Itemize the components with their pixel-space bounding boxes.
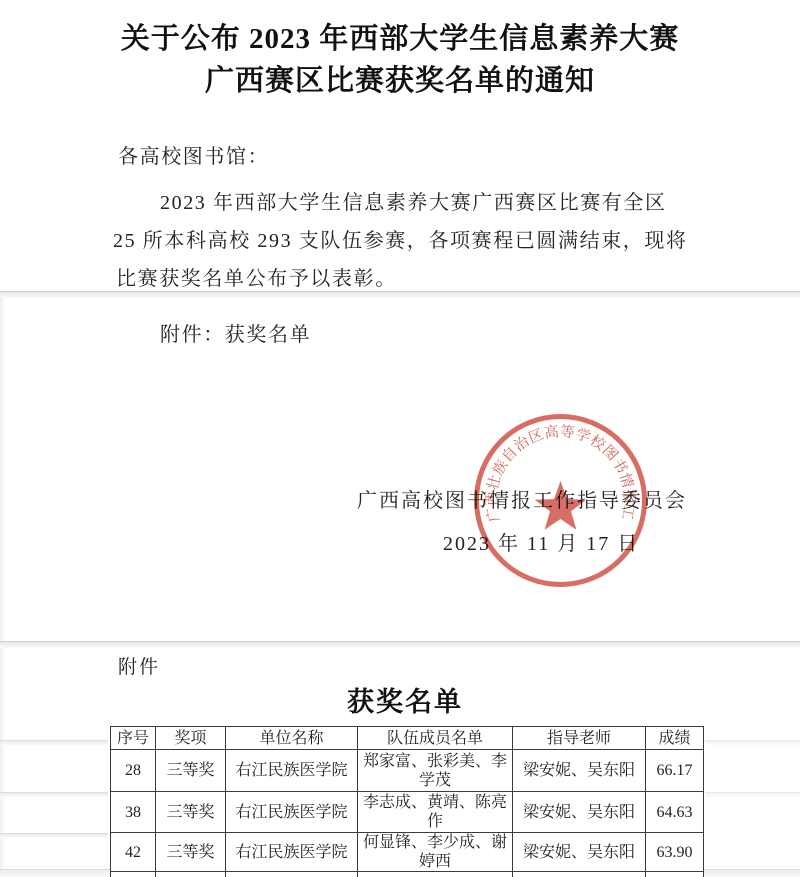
cell-members: 李志成、黄靖、陈亮作 bbox=[358, 792, 513, 833]
cell-score: 64.63 bbox=[646, 792, 704, 833]
scan-strip-left-1 bbox=[0, 740, 108, 745]
cell-score: 66.17 bbox=[646, 750, 704, 792]
cell-no: 28 bbox=[111, 750, 156, 792]
notice-title-line2: 广西赛区比赛获奖名单的通知 bbox=[0, 58, 800, 99]
scan-strip-bottom-right bbox=[703, 869, 800, 877]
body-line-3: 比赛获奖名单公布予以表彰。 bbox=[116, 262, 397, 291]
scan-strip-right-1 bbox=[705, 740, 800, 745]
scan-strip-bottom-left bbox=[0, 869, 110, 877]
table-row: 38 三等奖 右江民族医学院 李志成、黄靖、陈亮作 梁安妮、吴东阳 64.63 bbox=[111, 792, 704, 833]
cell-no: 42 bbox=[111, 833, 156, 872]
scan-strip-left-3 bbox=[0, 833, 108, 838]
scan-strip-left-2 bbox=[0, 792, 108, 797]
table-row: 28 三等奖 右江民族医学院 郑家富、张彩美、李学茂 梁安妮、吴东阳 66.17 bbox=[111, 750, 704, 792]
notice-title-line1: 关于公布 2023 年西部大学生信息素养大赛 bbox=[0, 16, 800, 57]
col-header-no: 序号 bbox=[111, 727, 156, 750]
col-header-score: 成绩 bbox=[646, 727, 704, 750]
official-seal: 广西壮族自治区高等学校图书情报工作委员会 bbox=[468, 408, 653, 593]
col-header-members: 队伍成员名单 bbox=[358, 727, 513, 750]
cell-award: 三等奖 bbox=[156, 833, 226, 872]
cell-unit: 右江民族医学院 bbox=[226, 750, 358, 792]
cell-teachers: 梁安妮、吴东阳 bbox=[513, 792, 646, 833]
attachment-label: 附件 bbox=[118, 652, 160, 679]
salutation: 各高校图书馆： bbox=[118, 140, 269, 169]
page-seam-1 bbox=[0, 291, 800, 298]
cell-members: 郑家富、张彩美、李学茂 bbox=[358, 750, 513, 792]
cell-teachers: 梁安妮、吴东阳 bbox=[513, 750, 646, 792]
col-header-teachers: 指导老师 bbox=[513, 727, 646, 750]
body-line-2: 25 所本科高校 293 支队伍参赛，各项赛程已圆满结束，现将 bbox=[113, 224, 688, 253]
attachment-title: 获奖名单 bbox=[0, 680, 800, 719]
attachment-note: 附件：获奖名单 bbox=[160, 318, 311, 347]
page-seam-2 bbox=[0, 641, 800, 648]
cell-unit: 右江民族医学院 bbox=[226, 833, 358, 872]
table-row-clipped bbox=[111, 872, 704, 877]
scanned-notice-document: 关于公布 2023 年西部大学生信息素养大赛 广西赛区比赛获奖名单的通知 各高校… bbox=[0, 0, 800, 877]
cell-unit: 右江民族医学院 bbox=[226, 792, 358, 833]
cell-award: 三等奖 bbox=[156, 750, 226, 792]
table-header-row: 序号 奖项 单位名称 队伍成员名单 指导老师 成绩 bbox=[111, 727, 704, 750]
cell-no: 38 bbox=[111, 792, 156, 833]
cell-teachers: 梁安妮、吴东阳 bbox=[513, 833, 646, 872]
cell-score: 63.90 bbox=[646, 833, 704, 872]
col-header-award: 奖项 bbox=[156, 727, 226, 750]
award-table: 序号 奖项 单位名称 队伍成员名单 指导老师 成绩 28 三等奖 右江民族医学院… bbox=[110, 726, 704, 877]
scan-edge-shading bbox=[0, 293, 5, 877]
body-line-1: 2023 年西部大学生信息素养大赛广西赛区比赛有全区 bbox=[160, 186, 667, 215]
col-header-unit: 单位名称 bbox=[226, 727, 358, 750]
cell-award: 三等奖 bbox=[156, 792, 226, 833]
seal-star-icon bbox=[535, 481, 586, 530]
table-row: 42 三等奖 右江民族医学院 何显锋、李少成、谢婷西 梁安妮、吴东阳 63.90 bbox=[111, 833, 704, 872]
cell-members: 何显锋、李少成、谢婷西 bbox=[358, 833, 513, 872]
scan-strip-right-2 bbox=[705, 792, 800, 797]
